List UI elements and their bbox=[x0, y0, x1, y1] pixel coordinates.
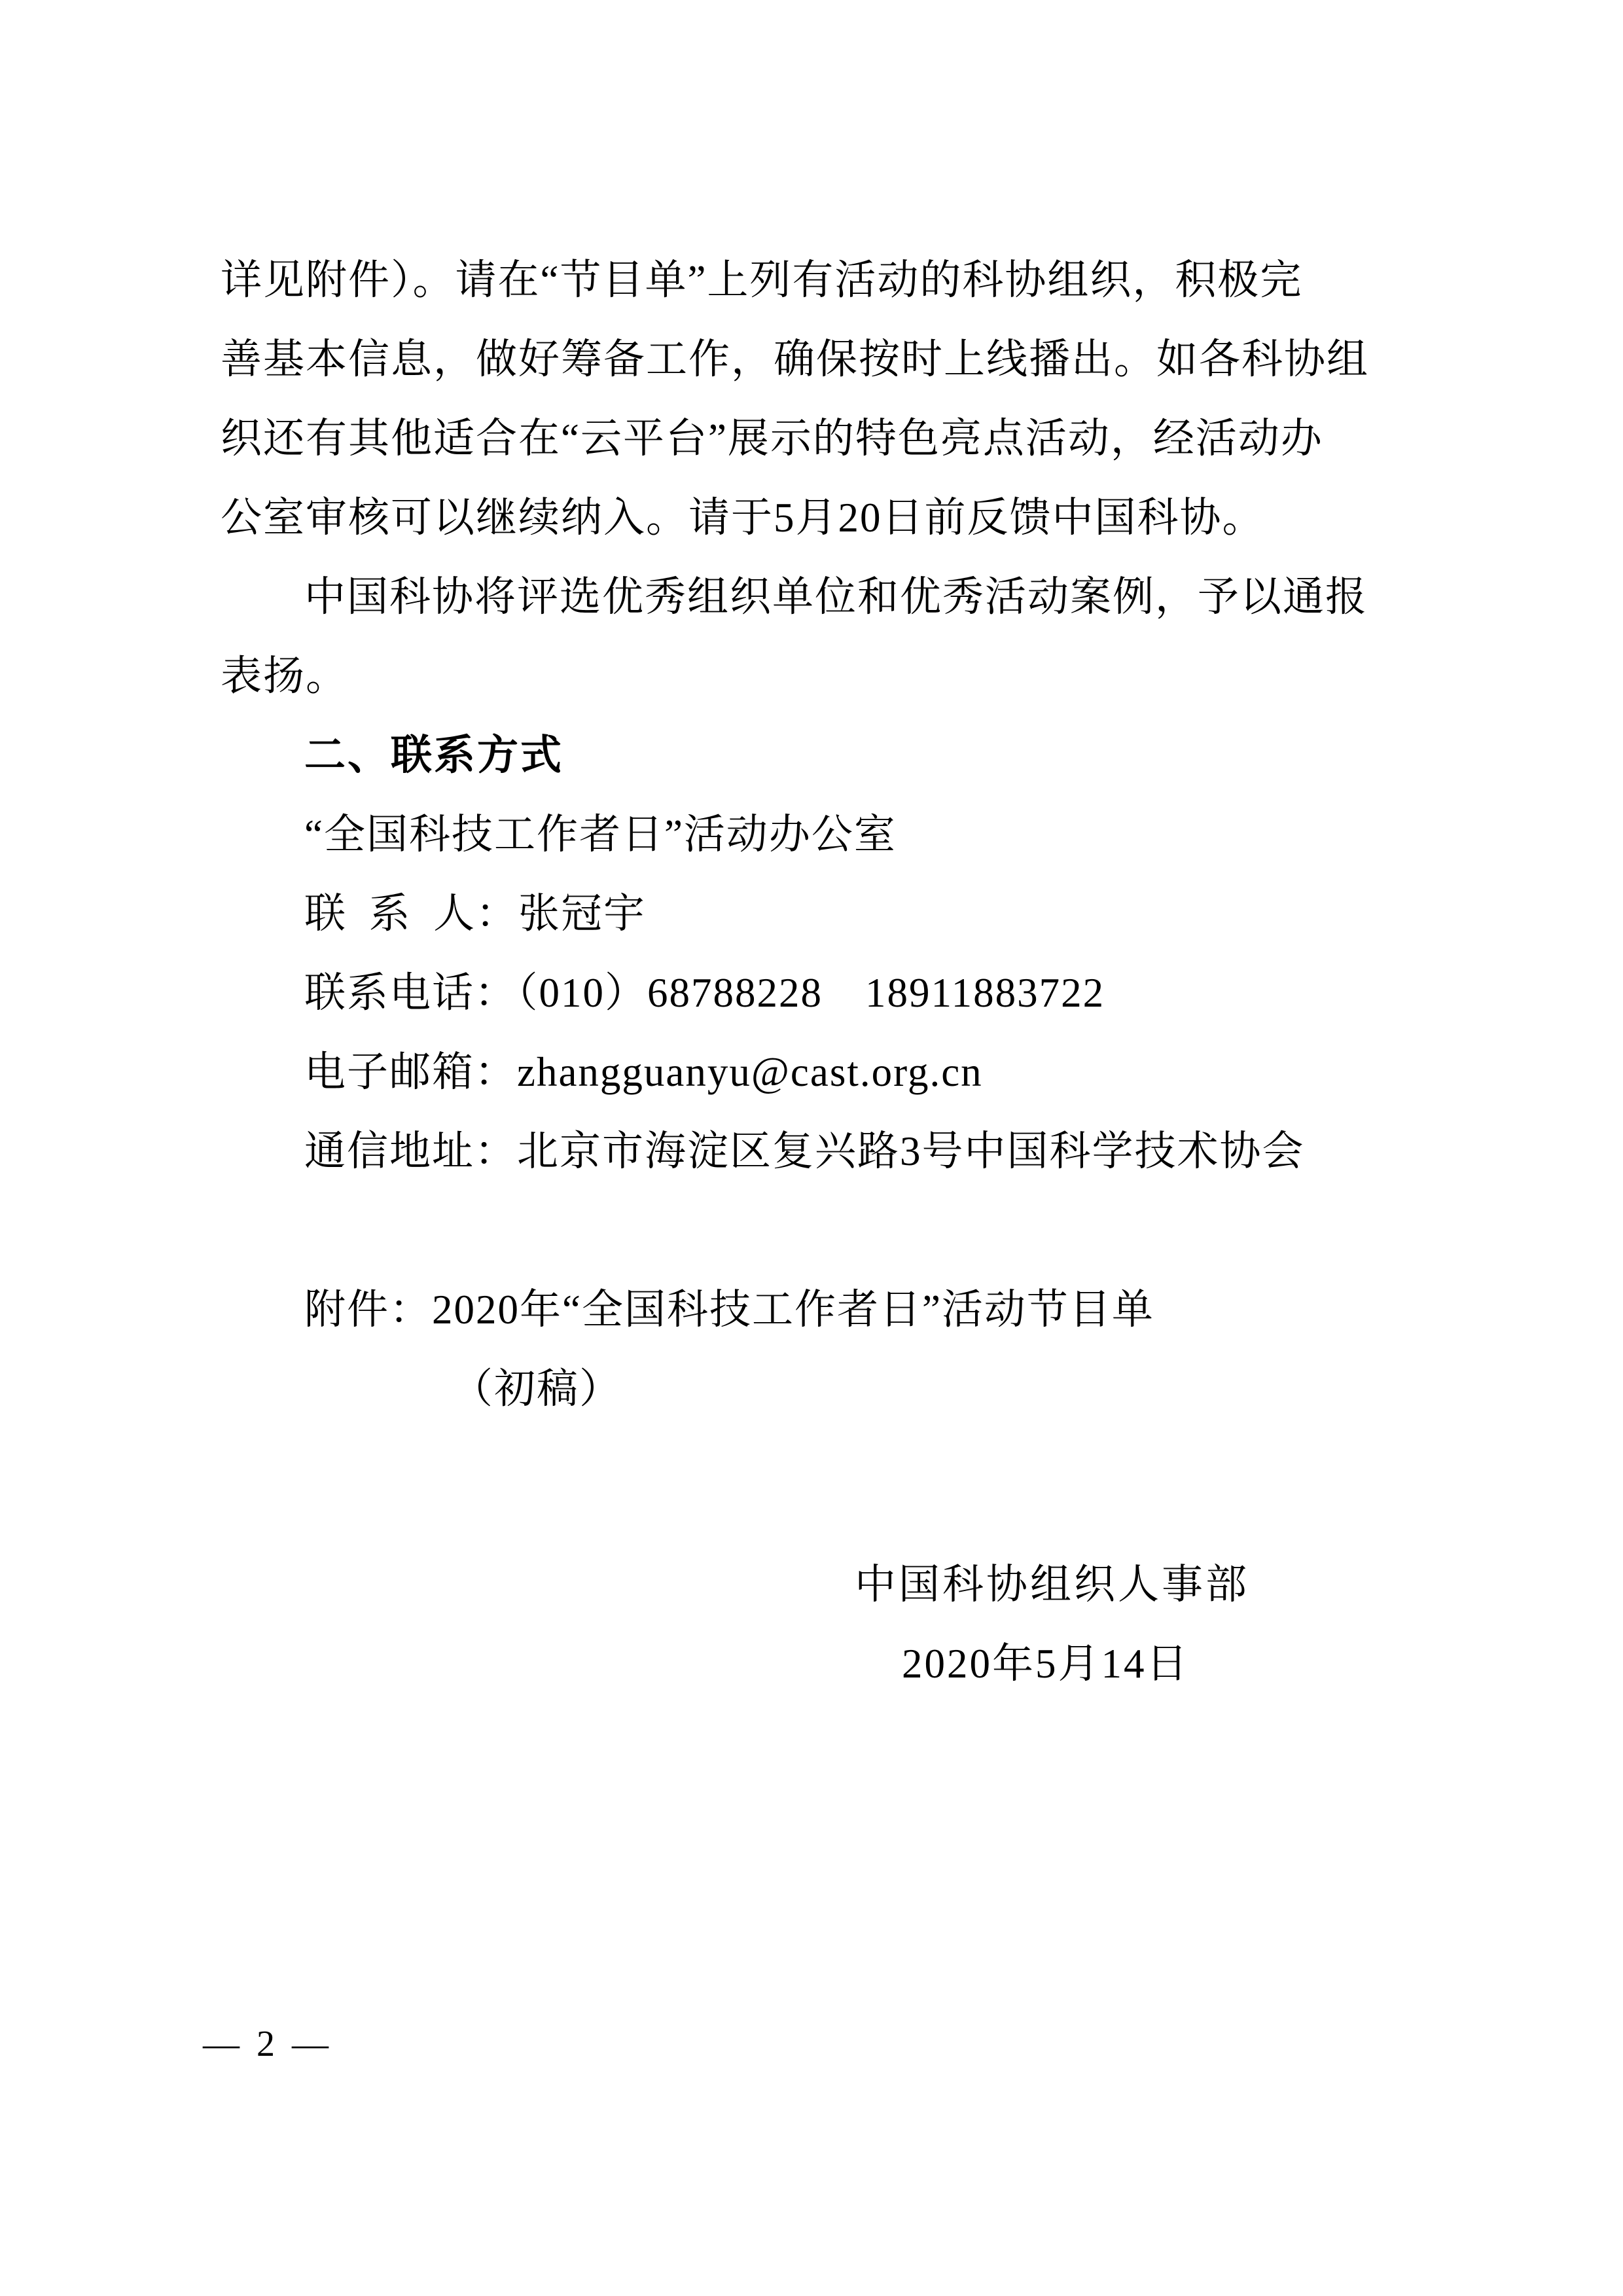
body-line: 织还有其他适合在“云平台”展示的特色亮点活动，经活动办 bbox=[221, 399, 1425, 478]
contact-person: 联 系 人：张冠宇 bbox=[221, 874, 1425, 954]
body-line: 详见附件）。请在“节目单”上列有活动的科协组织，积极完 bbox=[221, 241, 1425, 320]
page-number: — 2 — bbox=[203, 2021, 332, 2067]
document-page: 详见附件）。请在“节目单”上列有活动的科协组织，积极完 善基本信息，做好筹备工作… bbox=[0, 0, 1623, 2296]
signature-organization: 中国科协组织人事部 bbox=[221, 1545, 1425, 1624]
contact-address: 通信地址：北京市海淀区复兴路3号中国科学技术协会 bbox=[221, 1112, 1425, 1191]
body-line: 公室审核可以继续纳入。请于5月20日前反馈中国科协。 bbox=[221, 478, 1425, 558]
signature-date: 2020年5月14日 bbox=[221, 1624, 1425, 1704]
attachment-subtitle: （初稿） bbox=[221, 1350, 1425, 1429]
section-heading: 二、联系方式 bbox=[221, 716, 1425, 795]
body-line: 表扬。 bbox=[221, 637, 1425, 716]
contact-office: “全国科技工作者日”活动办公室 bbox=[221, 795, 1425, 874]
blank-line bbox=[221, 1191, 1425, 1270]
contact-email: 电子邮箱：zhangguanyu@cast.org.cn bbox=[221, 1033, 1425, 1112]
document-body: 详见附件）。请在“节目单”上列有活动的科协组织，积极完 善基本信息，做好筹备工作… bbox=[221, 241, 1425, 1704]
attachment-title: 附件：2020年“全国科技工作者日”活动节目单 bbox=[221, 1270, 1425, 1350]
body-line: 善基本信息，做好筹备工作，确保按时上线播出。如各科协组 bbox=[221, 320, 1425, 399]
body-line: 中国科协将评选优秀组织单位和优秀活动案例，予以通报 bbox=[221, 558, 1425, 637]
contact-phone: 联系电话：（010）68788228 18911883722 bbox=[221, 954, 1425, 1033]
